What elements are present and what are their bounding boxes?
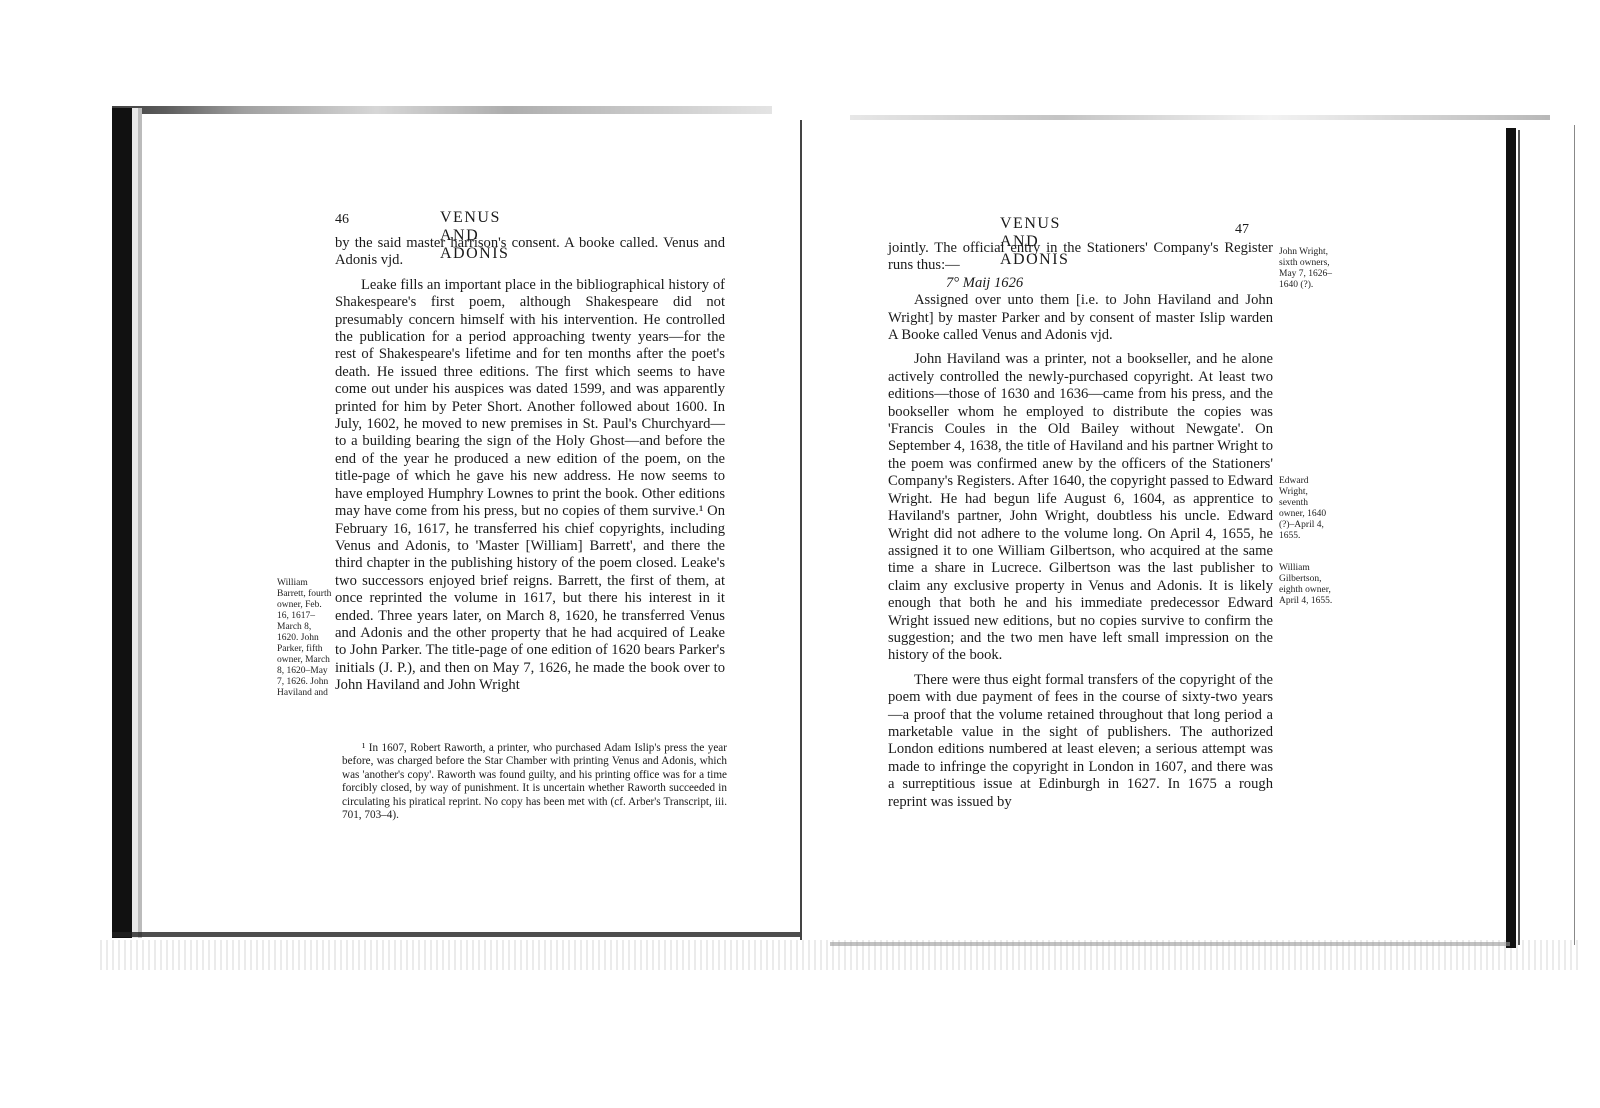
register-entry-text: Assigned over unto them [i.e. to John Ha… [888,292,1273,344]
paragraph-leake: Leake fills an important place in the bi… [335,277,725,695]
book-edge-right [1506,128,1516,948]
paragraph-transfers: There were thus eight formal transfers o… [888,672,1273,811]
paragraph-jointly: jointly. The official entry in the Stati… [888,240,1273,275]
book-edge-top-right [850,115,1550,120]
left-body-text: by the said master harrison's consent. A… [335,235,725,695]
paragraph-entry-continuation: by the said master harrison's consent. A… [335,235,725,270]
register-entry-date: 7° Maij 1626 [888,275,1273,292]
page-number: 46 [335,212,349,228]
marginal-note-william-gilbertson: William Gilbertson, eighth owner, April … [1279,563,1335,607]
marginal-note-edward-wright: Edward Wright, seventh owner, 1640 (?)–A… [1279,476,1335,542]
paragraph-haviland: John Haviland was a printer, not a books… [888,351,1273,664]
marginal-note: William Barrett, fourth owner, Feb. 16, … [277,578,333,699]
footnote-text: ¹ In 1607, Robert Raworth, a printer, wh… [342,742,727,822]
book-gutter [800,120,802,940]
book-edge-bottom-left [112,932,802,937]
right-body-text: jointly. The official entry in the Stati… [888,240,1273,811]
book-edge-top-left [112,106,772,114]
page-number: 47 [1235,222,1249,238]
book-edge-right-outer [1574,125,1575,945]
footnote: ¹ In 1607, Robert Raworth, a printer, wh… [342,742,727,822]
book-spine-left [112,108,132,938]
book-edge-bottom-right [830,942,1510,946]
book-edge-right-inner [1518,130,1520,945]
marginal-note-john-wright: John Wright, sixth owners, May 7, 1626–1… [1279,247,1339,291]
